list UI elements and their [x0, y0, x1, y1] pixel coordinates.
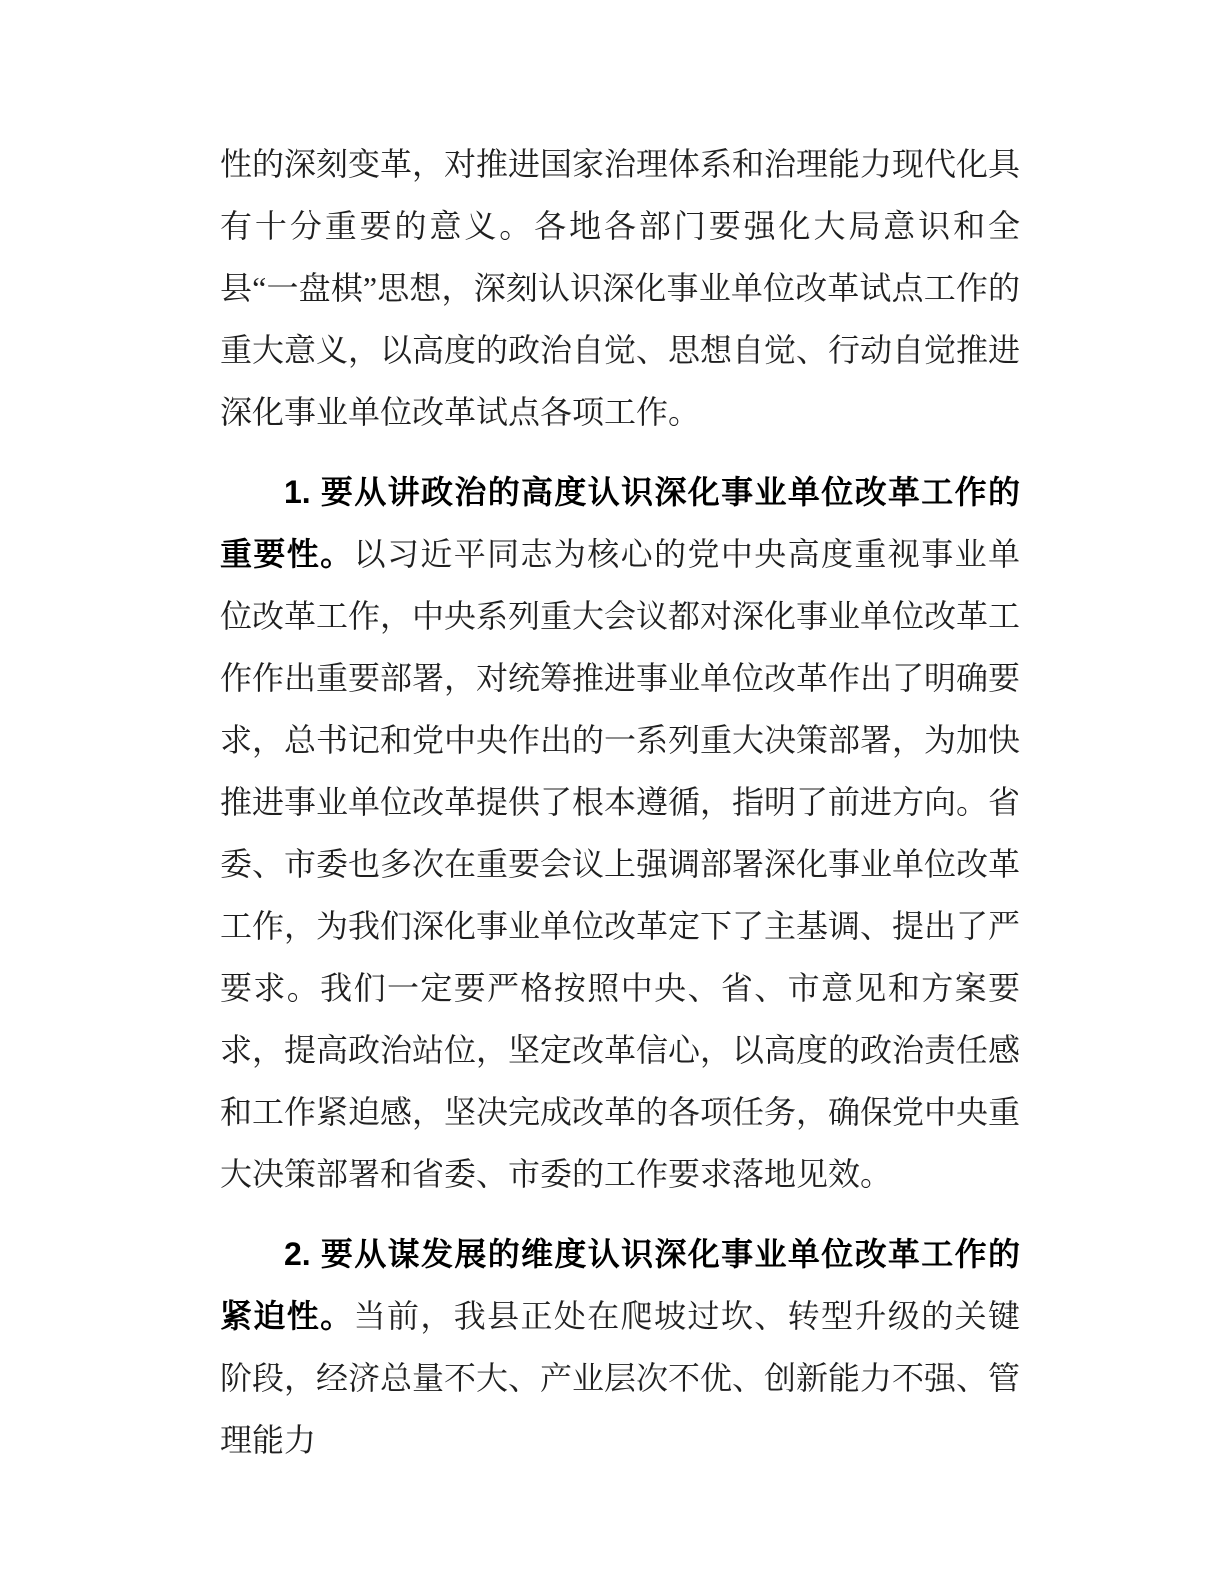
paragraph-point-1: 1. 要从讲政治的高度认识深化事业单位改革工作的重要性。以习近平同志为核心的党中…	[220, 461, 1020, 1205]
paragraph-continuation: 性的深刻变革，对推进国家治理体系和治理能力现代化具有十分重要的意义。各地各部门要…	[220, 133, 1020, 443]
paragraph-point-2: 2. 要从谋发展的维度认识深化事业单位改革工作的紧迫性。当前，我县正处在爬坡过坎…	[220, 1223, 1020, 1471]
document-page: 性的深刻变革，对推进国家治理体系和治理能力现代化具有十分重要的意义。各地各部门要…	[0, 0, 1224, 1584]
point-1-body: 以习近平同志为核心的党中央高度重视事业单位改革工作，中央系列重大会议都对深化事业…	[220, 536, 1020, 1192]
